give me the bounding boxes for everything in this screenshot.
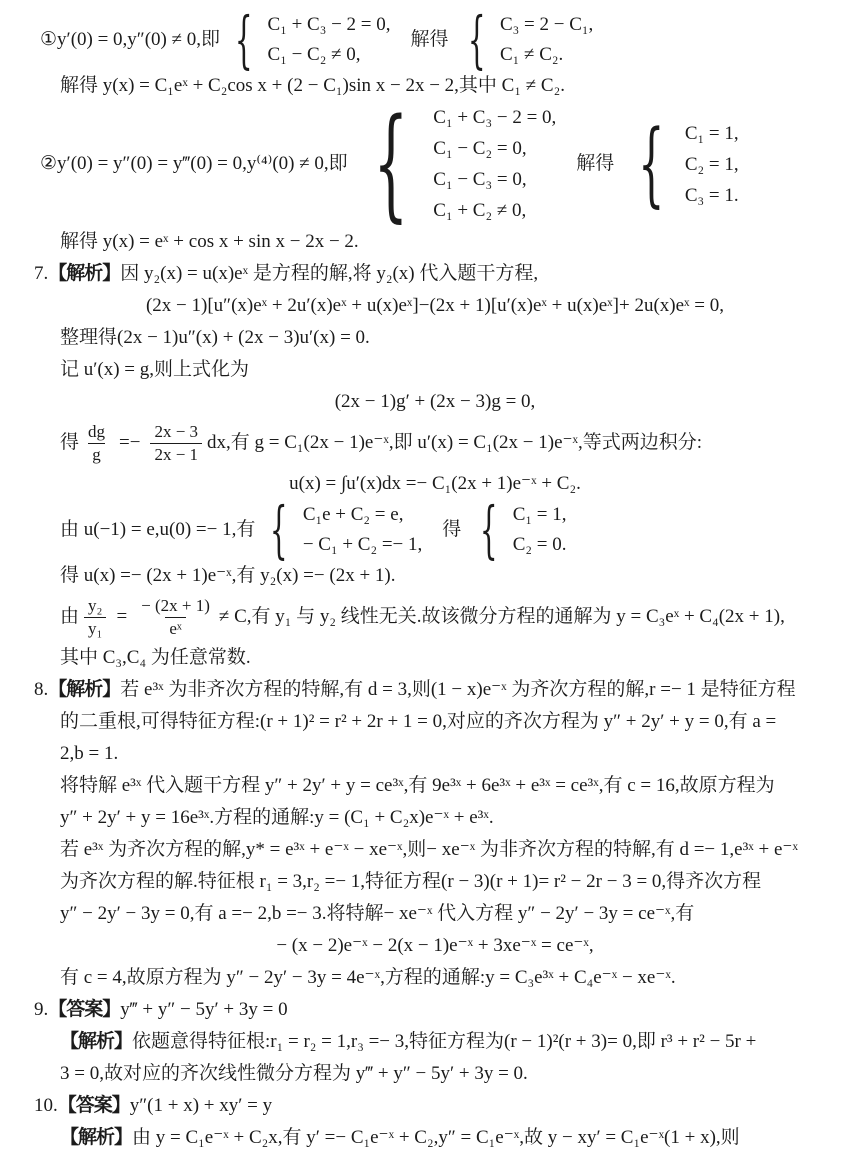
solution6-case2-line: ②y′(0) = y″(0) = y‴(0) = 0,y⁽⁴⁾(0) ≠ 0,即… — [0, 102, 830, 226]
constants-system: { C₁ = 1, C₂ = 0. — [469, 500, 566, 560]
solution9-continuation-line: 3 = 0,故对应的齐次线性微分方程为 y‴ + y″ − 5y′ + 3y =… — [0, 1058, 830, 1090]
case2-system-conditions: { C₁ + C₃ − 2 = 0, C₁ − C₂ = 0, C₁ − C₃ … — [352, 102, 557, 226]
solution9-answer-line: 9.【答案】y‴ + y″ − 5y′ + 3y = 0 — [0, 994, 830, 1026]
solution8-line7: 为齐次方程的解.特征根 r₁ = 3,r₂ =− 1,特征方程(r − 3)(r… — [0, 866, 830, 898]
case1-lead-text: ①y′(0) = 0,y″(0) ≠ 0,即 — [40, 24, 220, 56]
equation: C₁ − C₂ = 0, — [433, 133, 526, 164]
solution8-line3: 2,b = 1. — [0, 738, 830, 770]
solution7-simplified-line: 整理得(2x − 1)u″(x) + (2x − 3)u′(x) = 0. — [0, 322, 830, 354]
text: 由 y = C₁e⁻ˣ + C₂x,有 y′ =− C₁e⁻ˣ + C₂,y″ … — [132, 1127, 740, 1148]
fraction-neg-2x-1-over-ex: − (2x + 1) eˣ — [137, 596, 214, 638]
solution8-line2: 的二重根,可得特征方程:(r + 1)² = r² + 2r + 1 = 0,对… — [0, 706, 830, 738]
item-number: 10. — [34, 1095, 58, 1116]
analysis-tag: 【解析】 — [60, 1127, 132, 1148]
solution7-constants-note-line: 其中 C₃,C₄ 为任意常数. — [0, 642, 830, 674]
solution7-u-result-line: 得 u(x) =− (2x + 1)e⁻ˣ,有 y₂(x) =− (2x + 1… — [0, 560, 830, 592]
answer-equation: y‴ + y″ − 5y′ + 3y = 0 — [120, 999, 287, 1020]
item-number: 7. — [34, 263, 48, 284]
item-number: 9. — [34, 999, 48, 1020]
case1-system-results: { C₃ = 2 − C₁, C₁ ≠ C₂. — [457, 10, 594, 70]
solution10-analysis-line: 【解析】由 y = C₁e⁻ˣ + C₂x,有 y′ =− C₁e⁻ˣ + C₂… — [0, 1122, 830, 1154]
left-brace-icon: { — [270, 502, 288, 558]
text: ≠ C,有 y₁ 与 y₂ 线性无关.故该微分方程的通解为 y = C₃eˣ +… — [219, 599, 785, 635]
equation: C₁ + C₃ − 2 = 0, — [268, 10, 391, 40]
item-number: 8. — [34, 679, 48, 700]
equation: C₁ + C₃ − 2 = 0, — [433, 102, 556, 133]
solution8-first-line: 8.【解析】若 e³ˣ 为非齐次方程的特解,有 d = 3,则(1 − x)e⁻… — [0, 674, 830, 706]
left-brace-icon: { — [373, 109, 408, 219]
equation: C₁ ≠ C₂. — [500, 40, 563, 70]
answer-tag: 【答案】 — [58, 1095, 130, 1116]
text: 由 — [60, 599, 79, 635]
solution7-g-equation: (2x − 1)g′ + (2x − 3)g = 0, — [0, 386, 830, 418]
solution8-line5: y″ + 2y′ + y = 16e³ˣ.方程的通解:y = (C₁ + C₂x… — [0, 802, 830, 834]
solution8-line8: y″ − 2y′ − 3y = 0,有 a =− 2,b =− 3.将特解− x… — [0, 898, 830, 930]
text: 依题意得特征根:r₁ = r₂ = 1,r₃ =− 3,特征方程为(r − 1)… — [132, 1031, 756, 1052]
conditions-system: { C₁e + C₂ = e, − C₁ + C₂ =− 1, — [259, 500, 422, 560]
analysis-tag: 【解析】 — [48, 263, 120, 284]
equation: C₁ − C₂ ≠ 0, — [268, 40, 361, 70]
solution8-final-line: 有 c = 4,故原方程为 y″ − 2y′ − 3y = 4e⁻ˣ,方程的通解… — [0, 962, 830, 994]
equation: C₂ = 1, — [685, 149, 739, 180]
equation: C₁ = 1, — [513, 500, 567, 530]
solution8-line6: 若 e³ˣ 为齐次方程的解,y* = e³ˣ + e⁻ˣ − xe⁻ˣ,则− x… — [0, 834, 830, 866]
equation: C₁ = 1, — [685, 118, 739, 149]
answer-equation: y″(1 + x) + xy′ = y — [130, 1095, 272, 1116]
text: 因 y₂(x) = u(x)eˣ 是方程的解,将 y₂(x) 代入题干方程, — [120, 263, 538, 284]
solution7-expanded-equation: (2x − 1)[u″(x)eˣ + 2u′(x)eˣ + u(x)eˣ]−(2… — [0, 290, 830, 322]
solution8-line4: 将特解 e³ˣ 代入题干方程 y″ + 2y′ + y = ce³ˣ,有 9e³… — [0, 770, 830, 802]
solution7-independence-line: 由 y₂ y₁ = − (2x + 1) eˣ ≠ C,有 y₁ 与 y₂ 线性… — [0, 596, 830, 638]
equation: C₁ + C₂ ≠ 0, — [433, 195, 526, 226]
solve-label: 解得 — [576, 148, 614, 180]
equals-operator: = — [116, 599, 127, 635]
text: 得 — [60, 425, 79, 461]
solution10-answer-line: 10.【答案】y″(1 + x) + xy′ = y — [0, 1090, 830, 1122]
case2-lead-text: ②y′(0) = y″(0) = y‴(0) = 0,y⁽⁴⁾(0) ≠ 0,即 — [40, 148, 348, 180]
case2-system-results: { C₁ = 1, C₂ = 1, C₃ = 1. — [622, 118, 738, 211]
text: dx,有 g = C₁(2x − 1)e⁻ˣ,即 u′(x) = C₁(2x −… — [207, 425, 702, 461]
equation: C₁ − C₃ = 0, — [433, 164, 526, 195]
left-brace-icon: { — [480, 502, 498, 558]
solution8-substituted-equation: − (x − 2)e⁻ˣ − 2(x − 1)e⁻ˣ + 3xe⁻ˣ = ce⁻… — [0, 930, 830, 962]
text: 若 e³ˣ 为非齐次方程的特解,有 d = 3,则(1 − x)e⁻ˣ 为齐次方… — [120, 679, 795, 700]
case1-system-conditions: { C₁ + C₃ − 2 = 0, C₁ − C₂ ≠ 0, — [224, 10, 390, 70]
solution7-initial-conditions-line: 由 u(−1) = e,u(0) =− 1,有 { C₁e + C₂ = e, … — [0, 500, 830, 560]
equation: C₁e + C₂ = e, — [303, 500, 404, 530]
equation: C₂ = 0. — [513, 530, 567, 560]
left-brace-icon: { — [638, 123, 664, 206]
case1-result-line: 解得 y(x) = C₁eˣ + C₂cos x + (2 − C₁)sin x… — [0, 70, 830, 102]
math-solutions-page: ①y′(0) = 0,y″(0) ≠ 0,即 { C₁ + C₃ − 2 = 0… — [0, 0, 856, 1154]
fraction-y2-over-y1: y₂ y₁ — [84, 596, 106, 638]
fraction-dg-over-g: dg g — [84, 422, 109, 464]
solution7-substitution-line: 记 u′(x) = g,则上式化为 — [0, 354, 830, 386]
equals-minus-operator: =− — [119, 425, 140, 461]
analysis-tag: 【解析】 — [60, 1031, 132, 1052]
case2-result-line: 解得 y(x) = eˣ + cos x + sin x − 2x − 2. — [0, 226, 830, 258]
left-brace-icon: { — [467, 12, 485, 68]
equation: − C₁ + C₂ =− 1, — [303, 530, 422, 560]
solution7-integral-equation: u(x) = ∫u′(x)dx =− C₁(2x + 1)e⁻ˣ + C₂. — [0, 468, 830, 500]
solution7-separation-line: 得 dg g =− 2x − 3 2x − 1 dx,有 g = C₁(2x −… — [0, 422, 830, 464]
answer-tag: 【答案】 — [48, 999, 120, 1020]
solution7-first-line: 7.【解析】因 y₂(x) = u(x)eˣ 是方程的解,将 y₂(x) 代入题… — [0, 258, 830, 290]
equation: C₃ = 2 − C₁, — [500, 10, 593, 40]
solution9-analysis-line: 【解析】依题意得特征根:r₁ = r₂ = 1,r₃ =− 3,特征方程为(r … — [0, 1026, 830, 1058]
fraction-2x-3-over-2x-1: 2x − 3 2x − 1 — [150, 422, 202, 464]
solution6-case1-line: ①y′(0) = 0,y″(0) ≠ 0,即 { C₁ + C₃ − 2 = 0… — [0, 10, 830, 70]
analysis-tag: 【解析】 — [48, 679, 120, 700]
text: 由 u(−1) = e,u(0) =− 1,有 — [60, 514, 255, 546]
solve-label: 解得 — [411, 24, 449, 56]
equation: C₃ = 1. — [685, 180, 739, 211]
left-brace-icon: { — [235, 12, 253, 68]
get-label: 得 — [442, 514, 461, 546]
